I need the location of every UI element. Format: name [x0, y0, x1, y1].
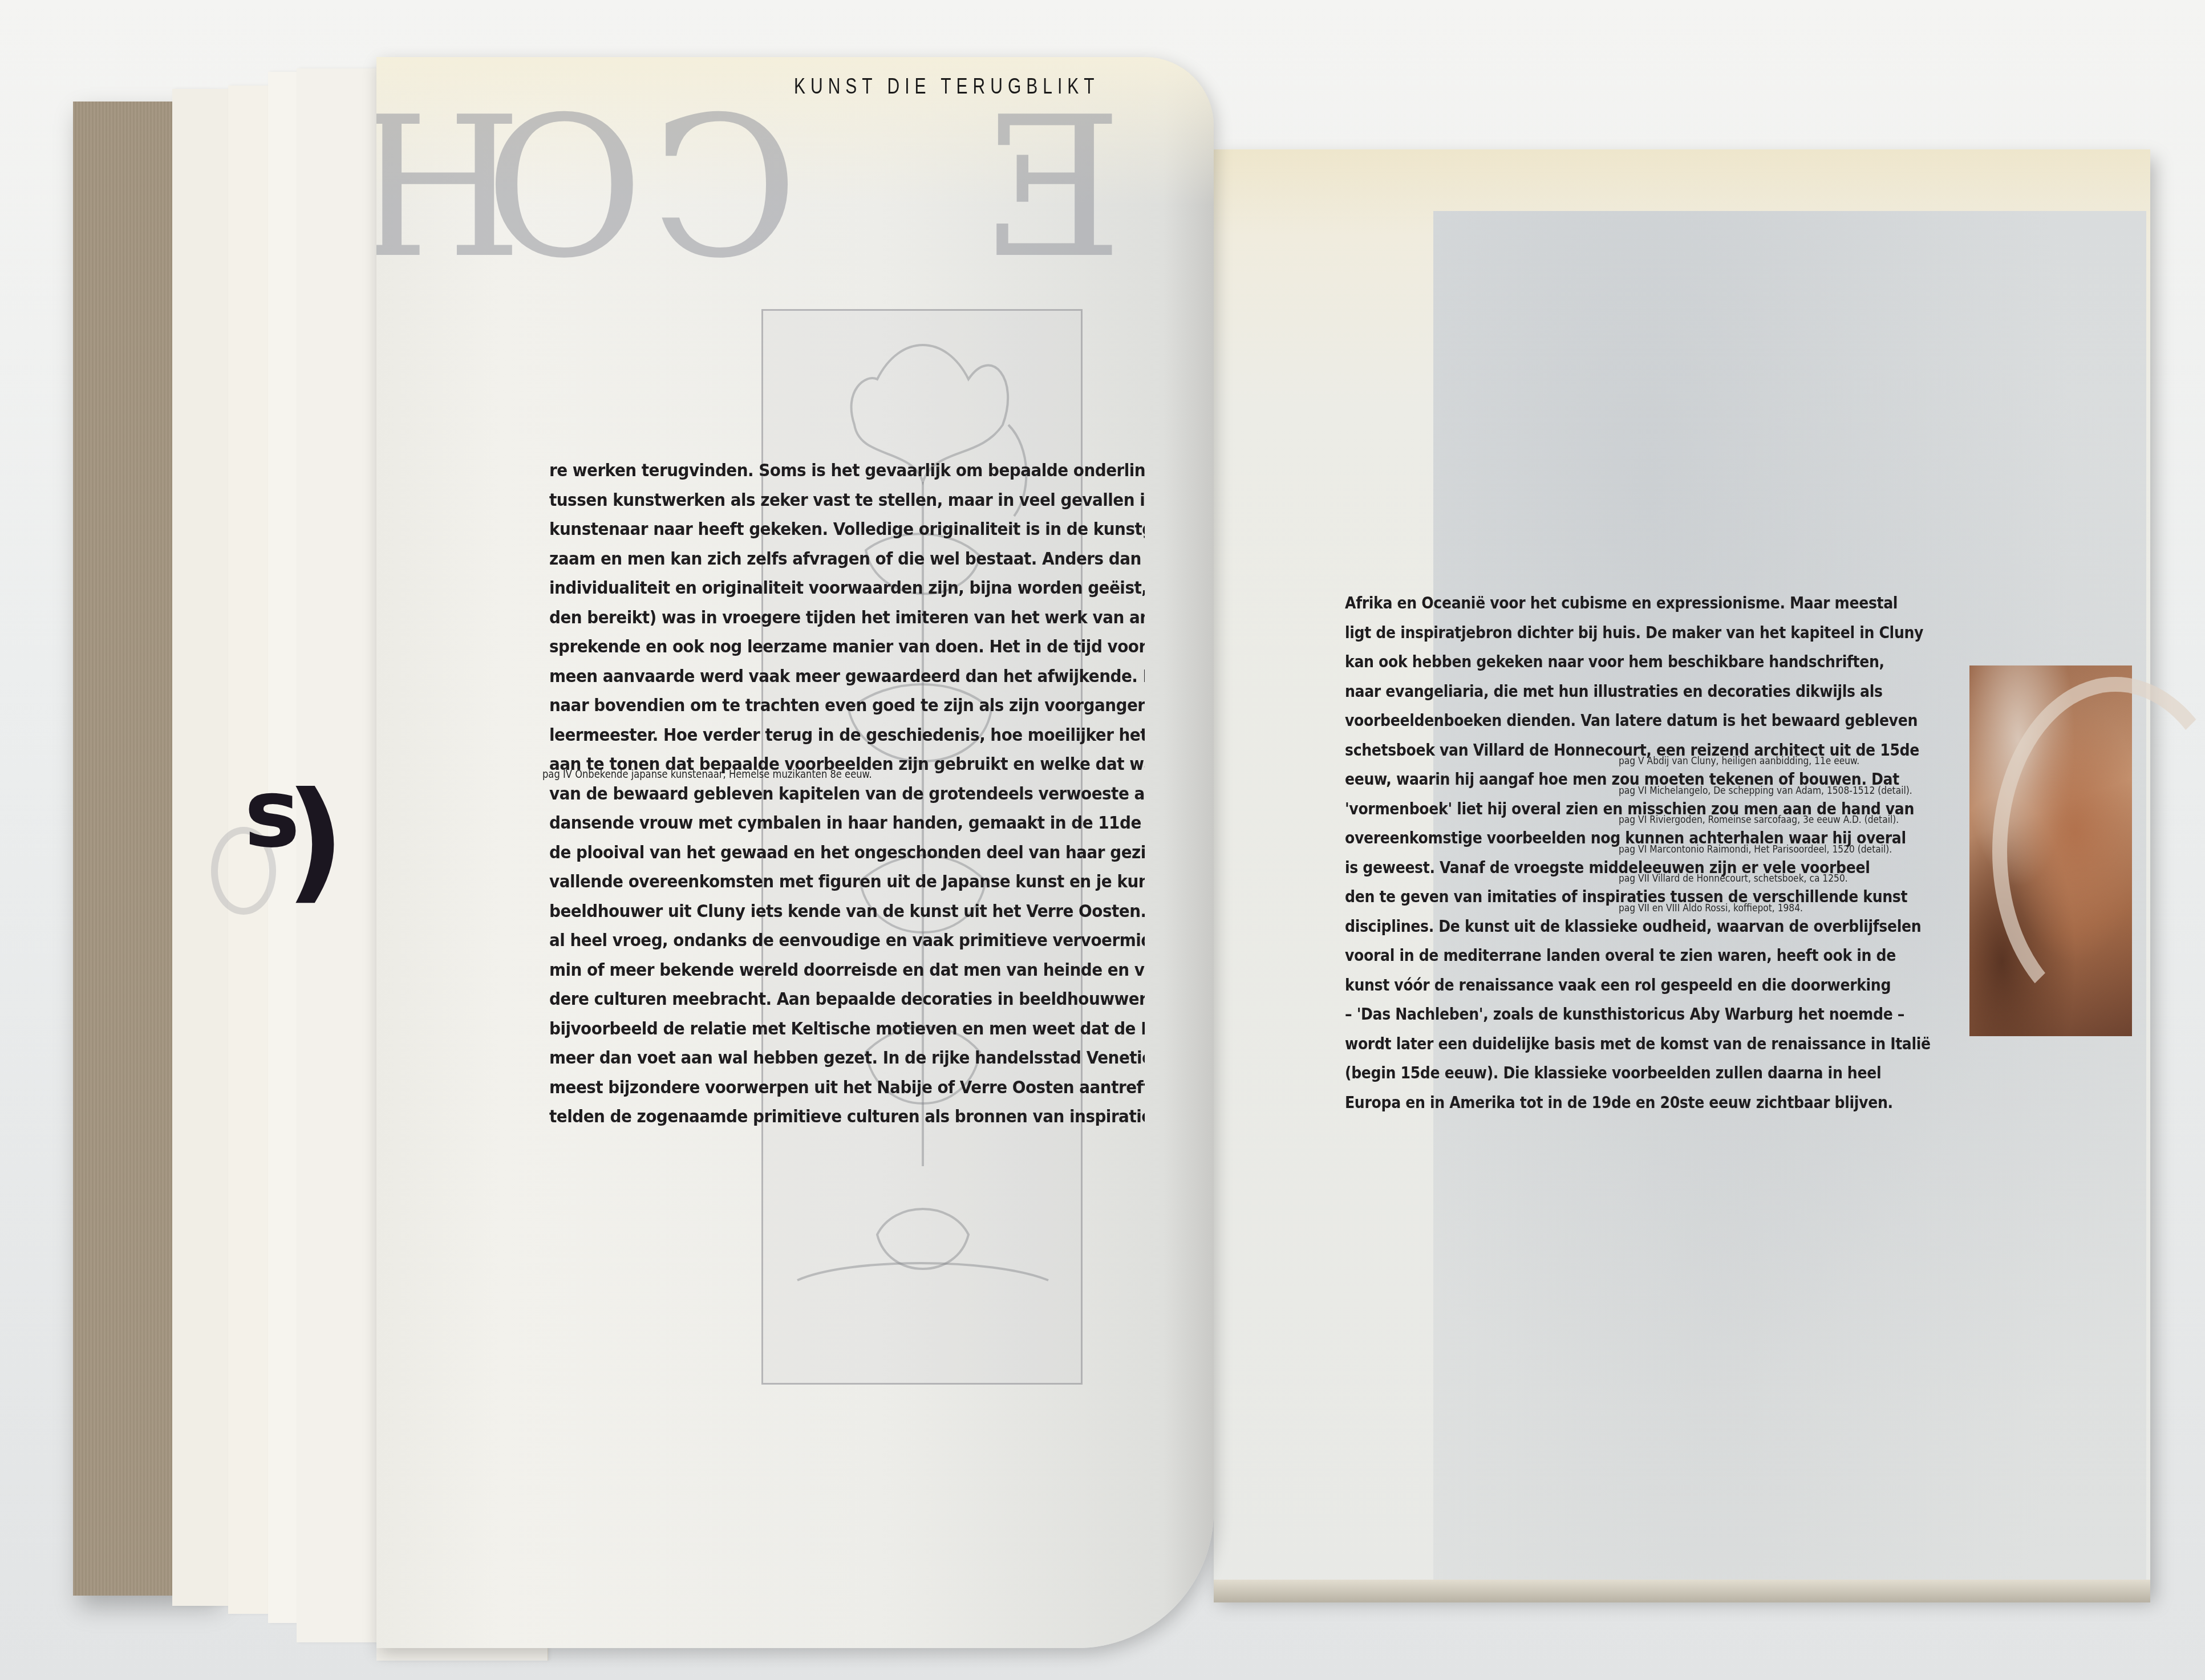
text-line: re werken terugvinden. Soms is het gevaa…	[549, 456, 1145, 486]
show-through-letters: H O C E	[376, 91, 1214, 308]
text-line: sprekende en ook nog leerzame manier van…	[549, 632, 1145, 662]
text-line: disciplines. De kunst uit de klassieke o…	[1345, 912, 1899, 942]
text-line: vooral in de mediterrane landen overal t…	[1345, 941, 1899, 971]
text-line: naar bovendien om te trachten even goed …	[549, 691, 1145, 721]
text-line: leermeester. Hoe verder terug in de gesc…	[549, 721, 1145, 750]
text-line: beeldhouwer uit Cluny iets kende van de …	[549, 897, 1145, 927]
text-line: individualiteit en originaliteit voorwaa…	[549, 574, 1145, 603]
text-line: Afrika en Oceanië voor het cubisme en ex…	[1345, 589, 1899, 618]
text-line: Europa en in Amerika tot in de 19de en 2…	[1345, 1088, 1899, 1118]
text-line: meer dan voet aan wal hebben gezet. In d…	[549, 1044, 1145, 1073]
text-line: meest bijzondere voorwerpen uit het Nabi…	[549, 1073, 1145, 1103]
text-line: bijvoorbeeld de relatie met Keltische mo…	[549, 1015, 1145, 1044]
text-line: min of meer bekende wereld doorreisde en…	[549, 956, 1145, 985]
text-line: ligt de inspiratjebron dichter bij huis.…	[1345, 618, 1899, 648]
text-line: – 'Das Nachleben', zoals de kunsthistori…	[1345, 1000, 1899, 1029]
text-line: voorbeeldenboeken dienden. Van latere da…	[1345, 706, 1899, 736]
right-body-text: Afrika en Oceanië voor het cubisme en ex…	[1345, 589, 1961, 1117]
relief-arch-band	[1992, 677, 2205, 1026]
text-line: wordt later een duidelijke basis met de …	[1345, 1029, 1899, 1059]
ghost-letter: E	[981, 91, 1122, 285]
text-line: den bereikt) was in vroegere tijden het …	[549, 603, 1145, 633]
text-line: kan ook hebben gekeken naar voor hem bes…	[1345, 647, 1899, 677]
ghost-letter: O	[485, 91, 644, 285]
text-line: dere culturen meebracht. Aan bepaalde de…	[549, 985, 1145, 1015]
ghost-letter: C	[650, 91, 798, 285]
right-page[interactable]: Afrika en Oceanië voor het cubisme en ex…	[1214, 149, 2150, 1593]
text-line: telden de zogenaamde primitieve culturen…	[549, 1102, 1145, 1132]
large-parenthesis: )	[285, 776, 345, 907]
text-line: van de bewaard gebleven kapitelen van de…	[549, 780, 1145, 809]
text-line: kunstenaar naar heeft gekeken. Volledige…	[549, 515, 1145, 545]
text-line: de plooival van het gewaad en het ongesc…	[549, 838, 1145, 868]
text-line: dansende vrouw met cymbalen in haar hand…	[549, 809, 1145, 838]
text-line: al heel vroeg, ondanks de eenvoudige en …	[549, 926, 1145, 956]
text-line: meen aanvaarde werd vaak meer gewaardeer…	[549, 662, 1145, 692]
text-line: zaam en men kan zich zelfs afvragen of d…	[549, 545, 1145, 574]
romanesque-relief-photo	[1969, 665, 2132, 1036]
left-page[interactable]: H O C E KUNST DIE TERUGBLIKT re werken t…	[376, 57, 1214, 1648]
text-line: naar evangeliaria, die met hun illustrat…	[1345, 677, 1899, 707]
text-line: kunst vóór de renaissance vaak een rol g…	[1345, 971, 1899, 1000]
page-block-edge	[1214, 1580, 2150, 1602]
running-head: KUNST DIE TERUGBLIKT	[794, 74, 1100, 99]
left-body-text: re werken terugvinden. Soms is het gevaa…	[549, 456, 1211, 1132]
text-line: tussen kunstwerken als zeker vast te ste…	[549, 486, 1145, 516]
text-line: (begin 15de eeuw). Die klassieke voorbee…	[1345, 1058, 1899, 1088]
text-line: vallende overeenkomsten met figuren uit …	[549, 867, 1145, 897]
